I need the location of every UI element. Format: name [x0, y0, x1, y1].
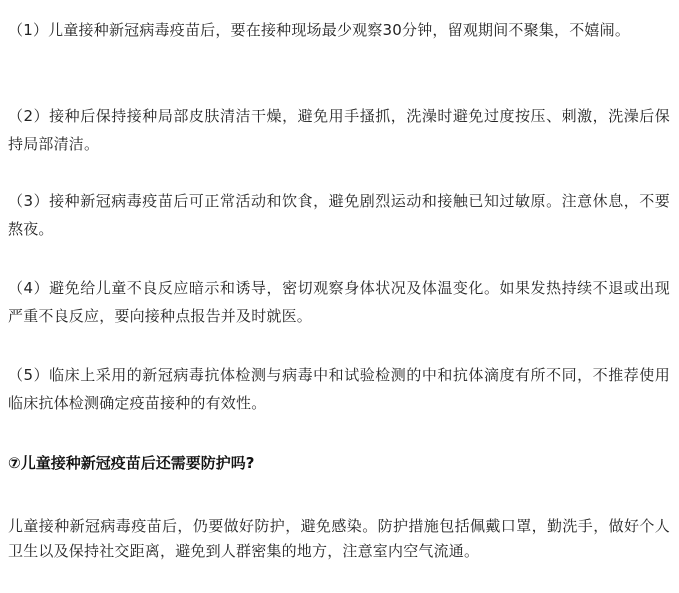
paragraph-antibody-test: （5）临床上采用的新冠病毒抗体检测与病毒中和试验检测的中和抗体滴度有所不同，不推…	[8, 361, 670, 417]
paragraph-observation: （1）儿童接种新冠病毒疫苗后，要在接种现场最少观察30分钟，留观期间不聚集，不嬉…	[8, 16, 670, 44]
paragraph-monitoring: （4）避免给儿童不良反应暗示和诱导，密切观察身体状况及体温变化。如果发热持续不退…	[8, 274, 670, 330]
paragraph-skin-care: （2）接种后保持接种局部皮肤清洁干燥，避免用手搔抓，洗澡时避免过度按压、刺激，洗…	[8, 102, 670, 158]
section-heading: ⑦儿童接种新冠疫苗后还需要防护吗?	[8, 449, 670, 477]
paragraph-activity: （3）接种新冠病毒疫苗后可正常活动和饮食，避免剧烈运动和接触已知过敏原。注意休息…	[8, 187, 670, 243]
paragraph-protection: 儿童接种新冠病毒疫苗后，仍要做好防护，避免感染。防护措施包括佩戴口罩，勤洗手，做…	[8, 514, 670, 564]
